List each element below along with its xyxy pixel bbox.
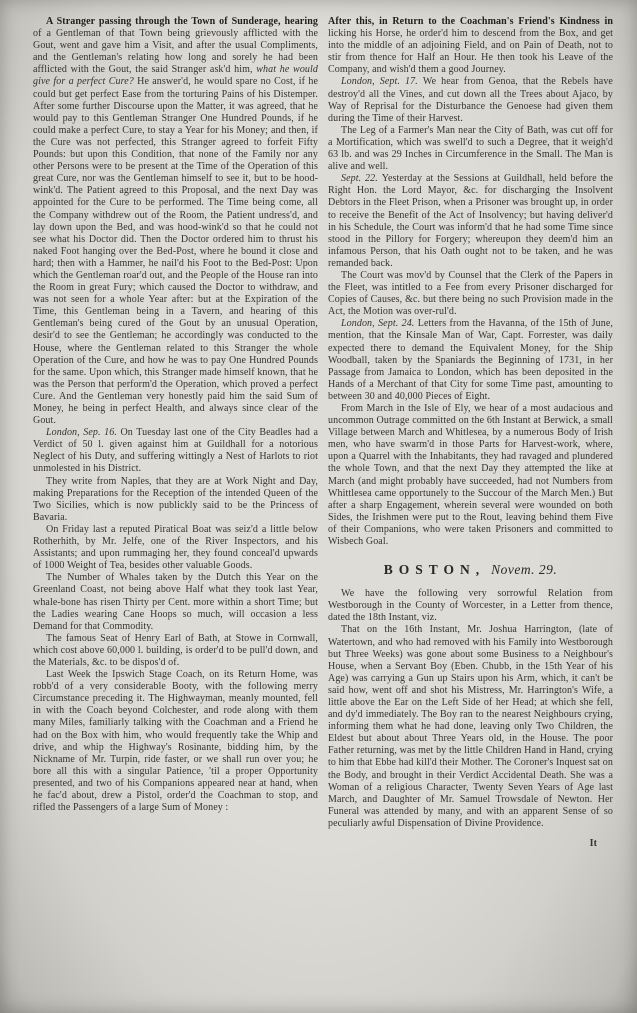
newspaper-paragraph: We have the following very sorrowful Rel… (328, 588, 613, 624)
newspaper-paragraph: From March in the Isle of Ely, we hear o… (328, 403, 613, 548)
newspaper-paragraph: Last Week the Ipswich Stage Coach, on it… (33, 669, 318, 814)
newspaper-paragraph: On Friday last a reputed Piratical Boat … (33, 524, 318, 572)
dateline: Sept. 22. (341, 173, 382, 184)
newspaper-paragraph: The Court was mov'd by Counsel that the … (328, 270, 613, 318)
heading-date: Novem. 29. (491, 562, 557, 577)
heading-city: BOSTON, (384, 562, 485, 577)
newspaper-paragraph: A Stranger passing through the Town of S… (33, 16, 318, 427)
newspaper-paragraph: That on the 16th Instant, Mr. Joshua Har… (328, 624, 613, 830)
left-column: A Stranger passing through the Town of S… (33, 16, 318, 850)
newspaper-paragraph: London, Sep. 16. On Tuesday last one of … (33, 427, 318, 475)
boston-section-heading: BOSTON,Novem. 29. (328, 562, 613, 578)
newspaper-paragraph: After this, in Return to the Coachman's … (328, 16, 613, 76)
newspaper-paragraph: The Number of Whales taken by the Dutch … (33, 572, 318, 632)
newspaper-paragraph: London, Sept. 24. Letters from the Havan… (328, 318, 613, 403)
dateline: London, Sept. 17. (341, 76, 423, 87)
right-column: After this, in Return to the Coachman's … (328, 16, 613, 850)
newspaper-paragraph: They write from Naples, that they are at… (33, 476, 318, 524)
catchword: It (328, 838, 613, 850)
newspaper-page: A Stranger passing through the Town of S… (0, 0, 637, 1013)
dateline: London, Sep. 16. (46, 427, 120, 438)
newspaper-paragraph: London, Sept. 17. We hear from Genoa, th… (328, 76, 613, 124)
newspaper-paragraph: The famous Seat of Henry Earl of Bath, a… (33, 633, 318, 669)
text-columns: A Stranger passing through the Town of S… (33, 16, 613, 850)
newspaper-paragraph: The Leg of a Farmer's Man near the City … (328, 125, 613, 173)
newspaper-paragraph: Sept. 22. Yesterday at the Sessions at G… (328, 173, 613, 270)
dateline: London, Sept. 24. (341, 318, 418, 329)
